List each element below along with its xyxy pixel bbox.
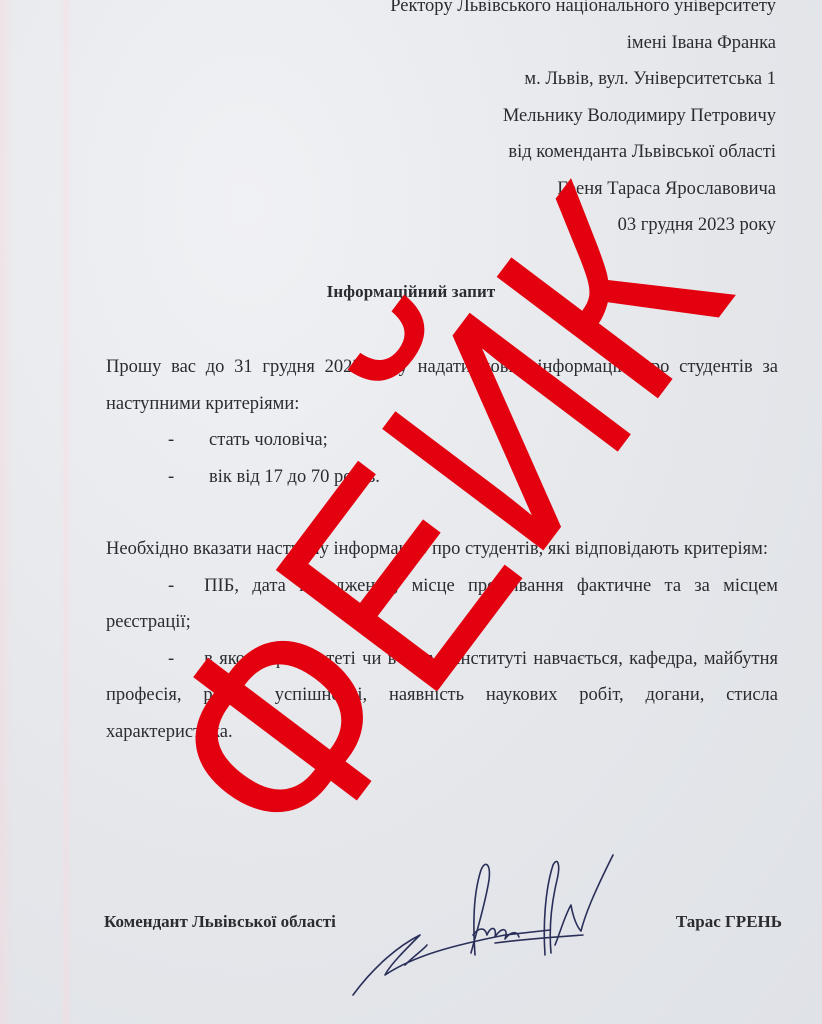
addressee-line: Мельнику Володимиру Петровичу [390, 98, 776, 135]
addressee-line: імені Івана Франка [390, 25, 776, 62]
bullet-dash: - [168, 422, 174, 459]
handwritten-signature [345, 835, 635, 1005]
addressee-line: від коменданта Львівської області [390, 134, 776, 171]
addressee-line: Ректору Львівського національного універ… [390, 0, 776, 25]
bullet-dash: - [168, 459, 174, 496]
signatory-name: Тарас ГРЕНЬ [676, 912, 782, 932]
addressee-line: м. Львів, вул. Університетська 1 [390, 61, 776, 98]
signatory-position: Комендант Львівської області [104, 912, 336, 932]
bullet-dash: - [168, 576, 174, 596]
